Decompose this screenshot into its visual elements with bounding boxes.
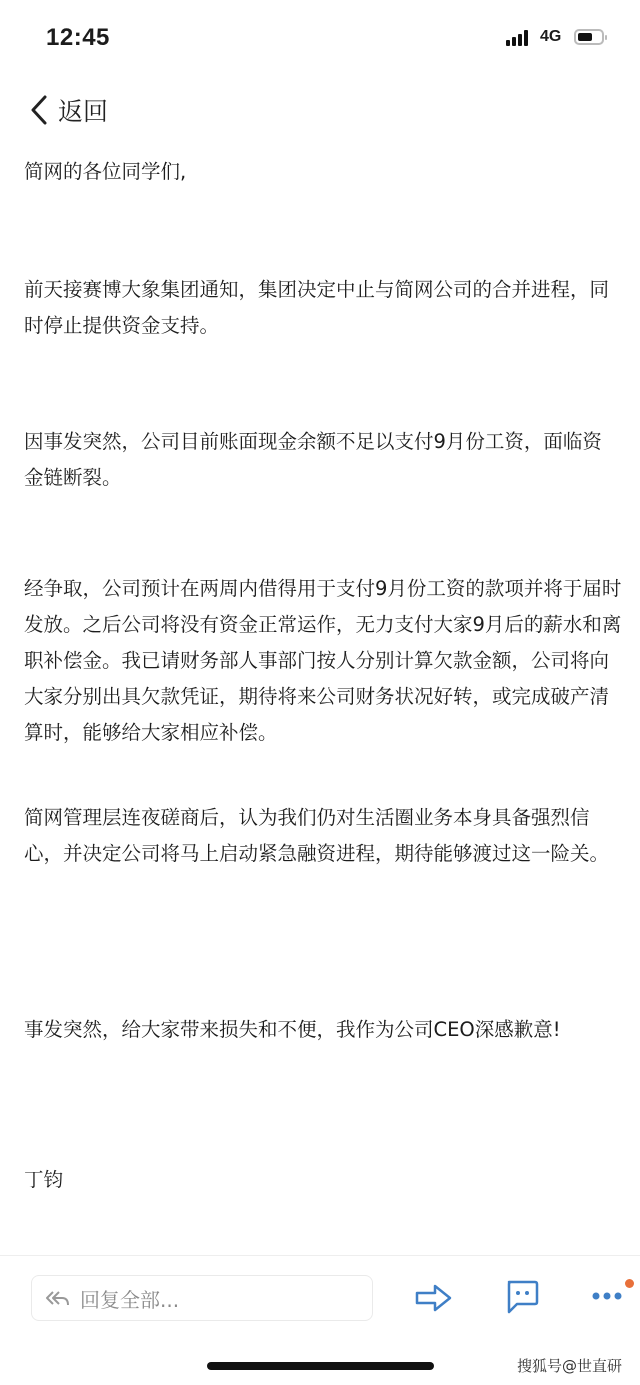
more-dots-icon [590, 1288, 626, 1304]
back-button[interactable]: 返回 [28, 92, 108, 128]
comment-button[interactable] [505, 1278, 539, 1316]
chat-bubble-icon [505, 1278, 539, 1316]
forward-button[interactable] [414, 1282, 454, 1314]
chevron-left-icon [28, 94, 50, 126]
forward-arrow-icon [414, 1282, 454, 1314]
watermark: 搜狐号@世直研 [517, 1355, 622, 1376]
email-paragraph: 因事发突然，公司目前账面现金余额不足以支付9月份工资，面临资金链断裂。 [24, 424, 604, 496]
email-paragraph: 前天接赛博大象集团通知，集团决定中止与简网公司的合并进程，同时停止提供资金支持。 [24, 272, 624, 344]
notification-badge [625, 1279, 634, 1288]
battery-icon [574, 29, 604, 45]
status-time: 12:45 [46, 24, 110, 52]
signal-bars-icon [506, 30, 528, 46]
email-paragraph: 简网管理层连夜磋商后，认为我们仍对生活圈业务本身具备强烈信心，并决定公司将马上启… [24, 800, 624, 872]
email-paragraph: 事发突然，给大家带来损失和不便，我作为公司CEO深感歉意! [24, 1012, 604, 1048]
reply-all-icon [44, 1287, 70, 1309]
email-signature: 丁钧 [24, 1162, 624, 1198]
network-type: 4G [540, 28, 561, 46]
home-indicator[interactable] [207, 1362, 434, 1370]
email-paragraph: 经争取，公司预计在两周内借得用于支付9月份工资的款项并将于届时发放。之后公司将没… [24, 571, 624, 751]
back-label: 返回 [58, 92, 108, 128]
email-greeting: 简网的各位同学们, [24, 154, 624, 190]
reply-all-placeholder: 回复全部... [80, 1284, 179, 1313]
reply-all-input[interactable]: 回复全部... [31, 1275, 373, 1321]
more-button[interactable] [590, 1288, 626, 1304]
status-bar: 12:45 4G [0, 0, 640, 80]
